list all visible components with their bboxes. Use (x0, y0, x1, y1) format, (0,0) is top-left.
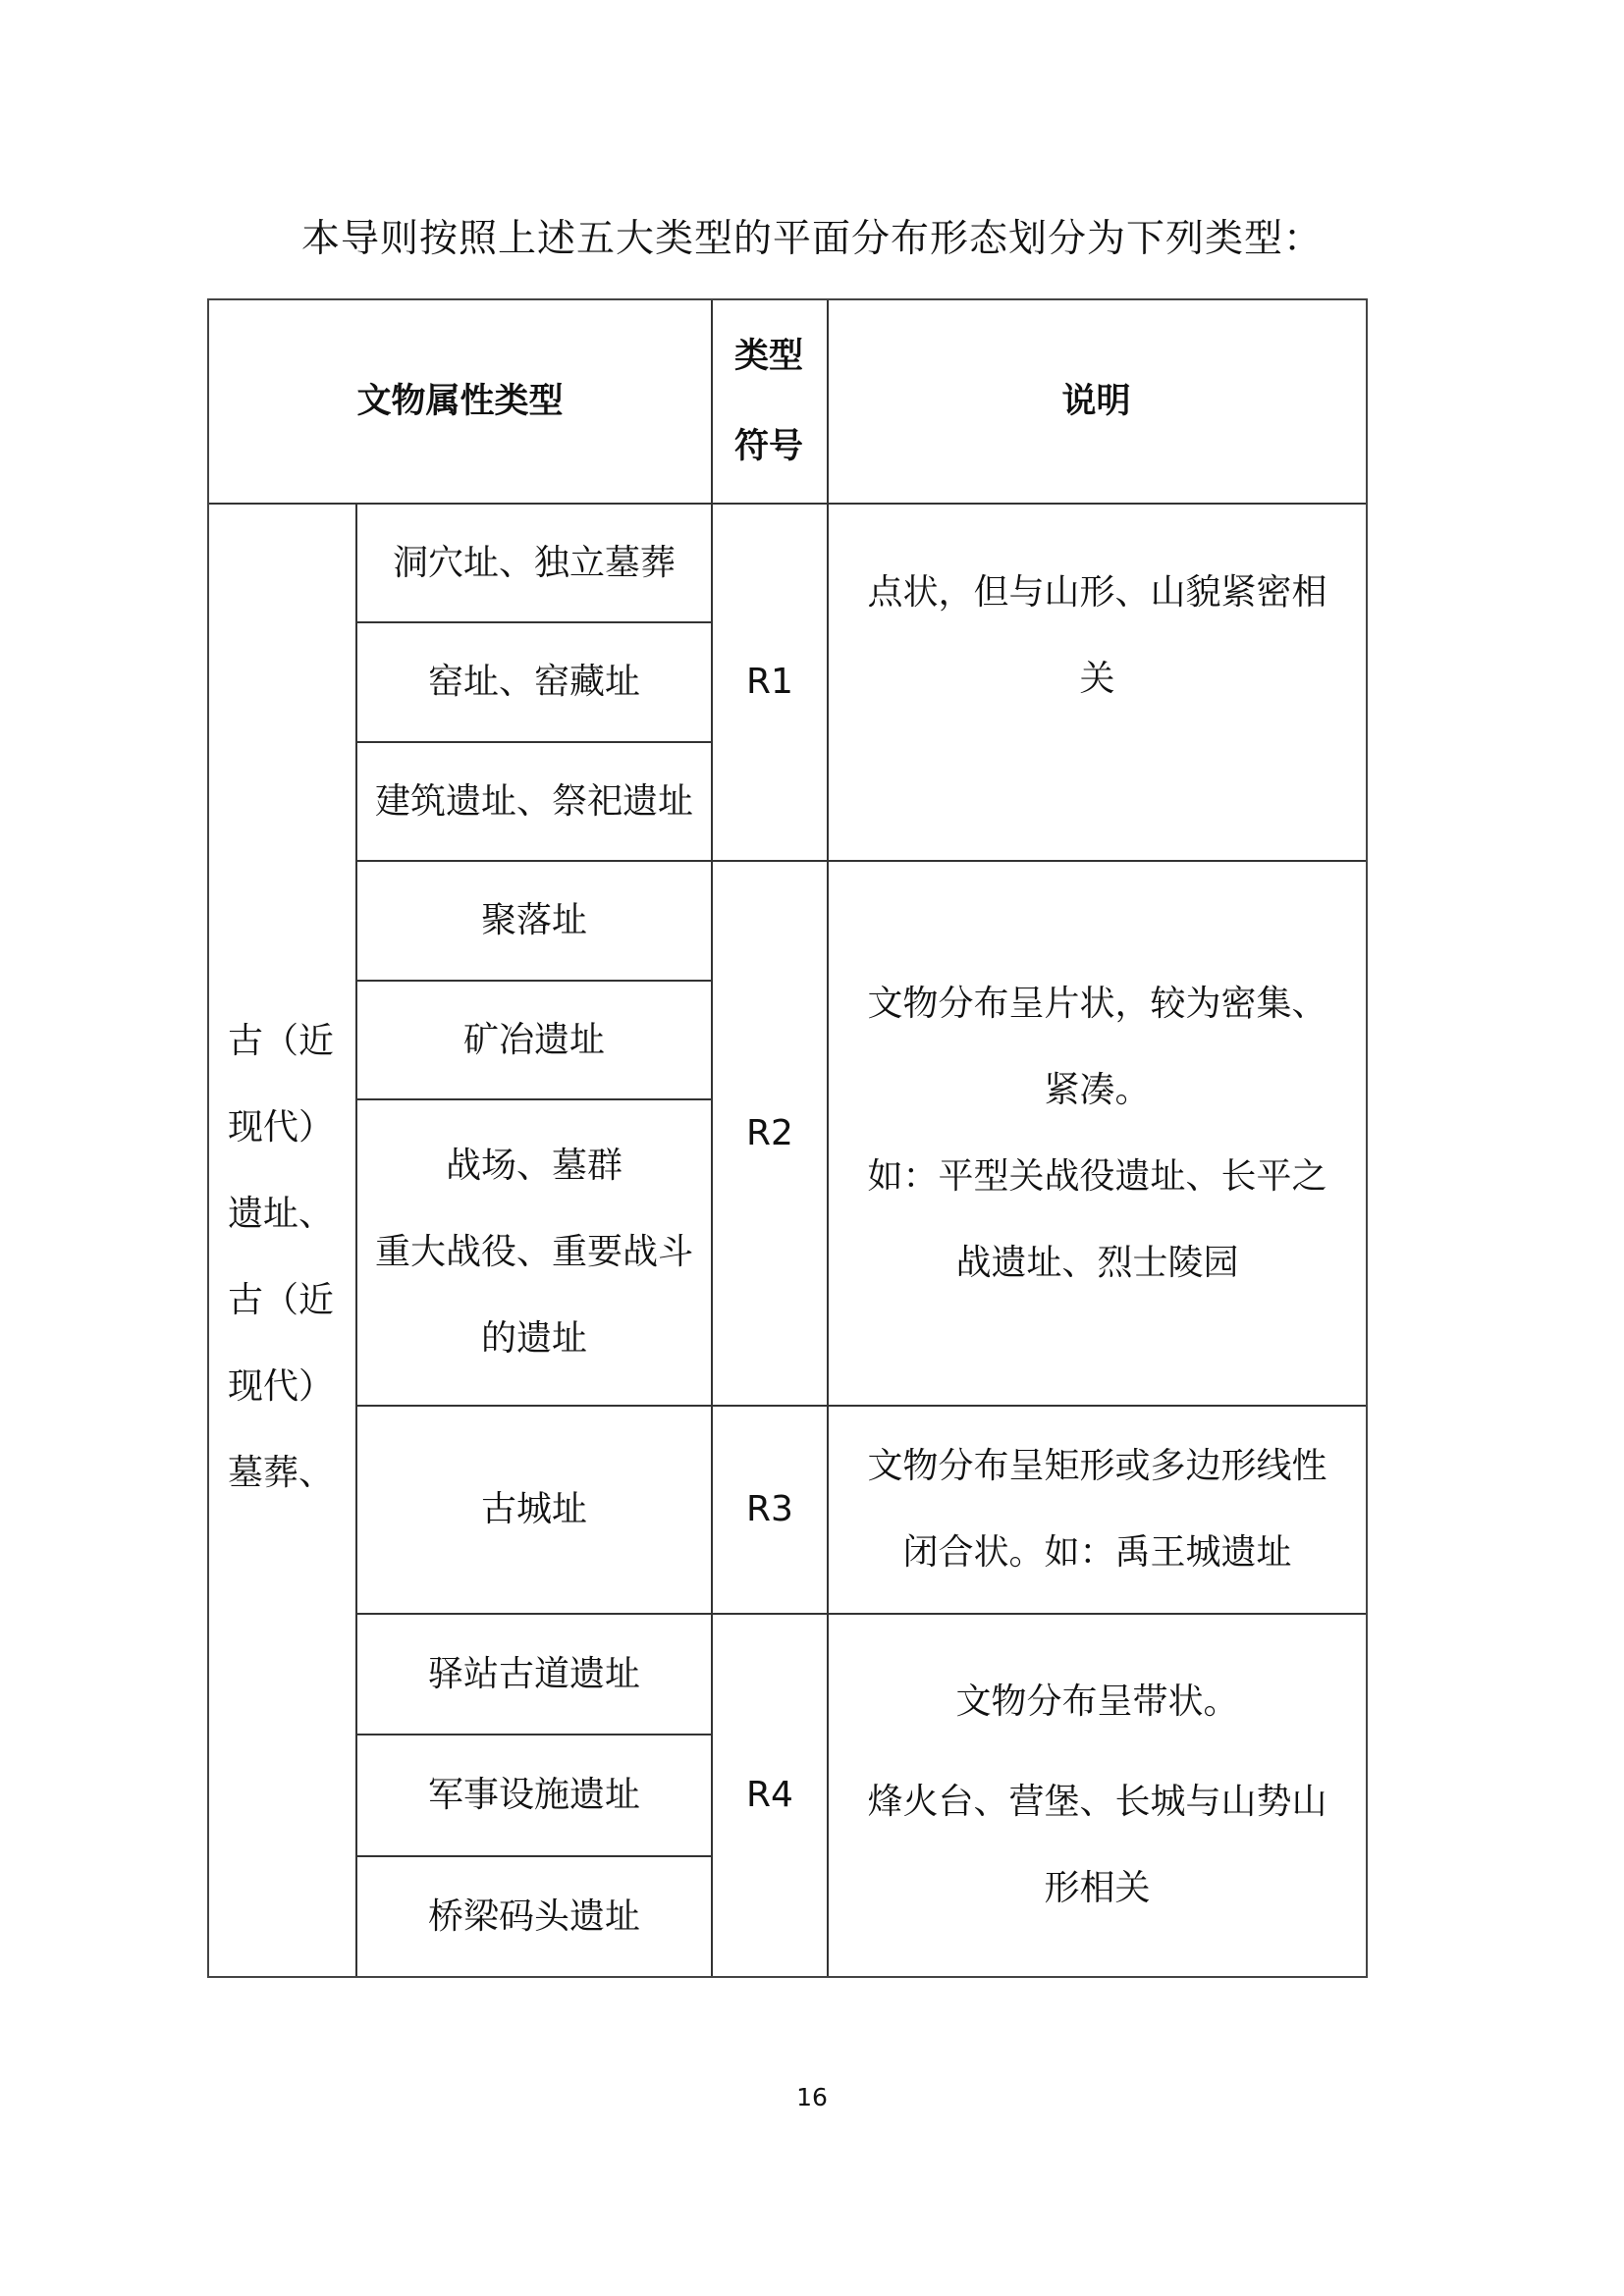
page-number: 16 (0, 2083, 1624, 2111)
table-row-item: 驿站古道遗址 (357, 1615, 711, 1734)
table-row-item: 战场、墓群 重大战役、重要战斗 的遗址 (357, 1100, 711, 1405)
type-symbol-r3: R3 (713, 1407, 827, 1613)
description-r4: 文物分布呈带状。 烽火台、营堡、长城与山势山 形相关 (829, 1615, 1366, 1976)
header-type-symbol: 类型 符号 (711, 300, 827, 503)
page-title: 本导则按照上述五大类型的平面分布形态划分为下列类型： (0, 214, 1624, 265)
table-row-item: 古城址 (357, 1407, 711, 1613)
type-symbol-r1: R1 (713, 505, 827, 860)
table-row-item: 窑址、窑藏址 (357, 623, 711, 741)
header-description: 说明 (827, 300, 1366, 503)
table-row-item: 聚落址 (357, 862, 711, 980)
classification-table: 文物属性类型 类型 符号 说明 古（近 现代） 遗址、 古（近 现代） 墓葬、 … (207, 298, 1368, 1978)
description-r2: 文物分布呈片状，较为密集、 紧凑。 如：平型关战役遗址、长平之 战遗址、烈士陵园 (829, 862, 1366, 1405)
description-r1: 点状，但与山形、山貌紧密相 关 (829, 505, 1366, 860)
table-row-item: 建筑遗址、祭祀遗址 (357, 743, 711, 860)
table-row-item: 洞穴址、独立墓葬 (357, 505, 711, 621)
type-symbol-r4: R4 (713, 1615, 827, 1976)
header-attribute-type: 文物属性类型 (209, 300, 711, 503)
table-row-item: 桥梁码头遗址 (357, 1857, 711, 1976)
category-cell: 古（近 现代） 遗址、 古（近 现代） 墓葬、 (209, 505, 355, 1976)
description-r3: 文物分布呈矩形或多边形线性 闭合状。如：禹王城遗址 (829, 1407, 1366, 1613)
type-symbol-r2: R2 (713, 862, 827, 1405)
table-row-item: 军事设施遗址 (357, 1735, 711, 1855)
table-row-item: 矿冶遗址 (357, 982, 711, 1098)
